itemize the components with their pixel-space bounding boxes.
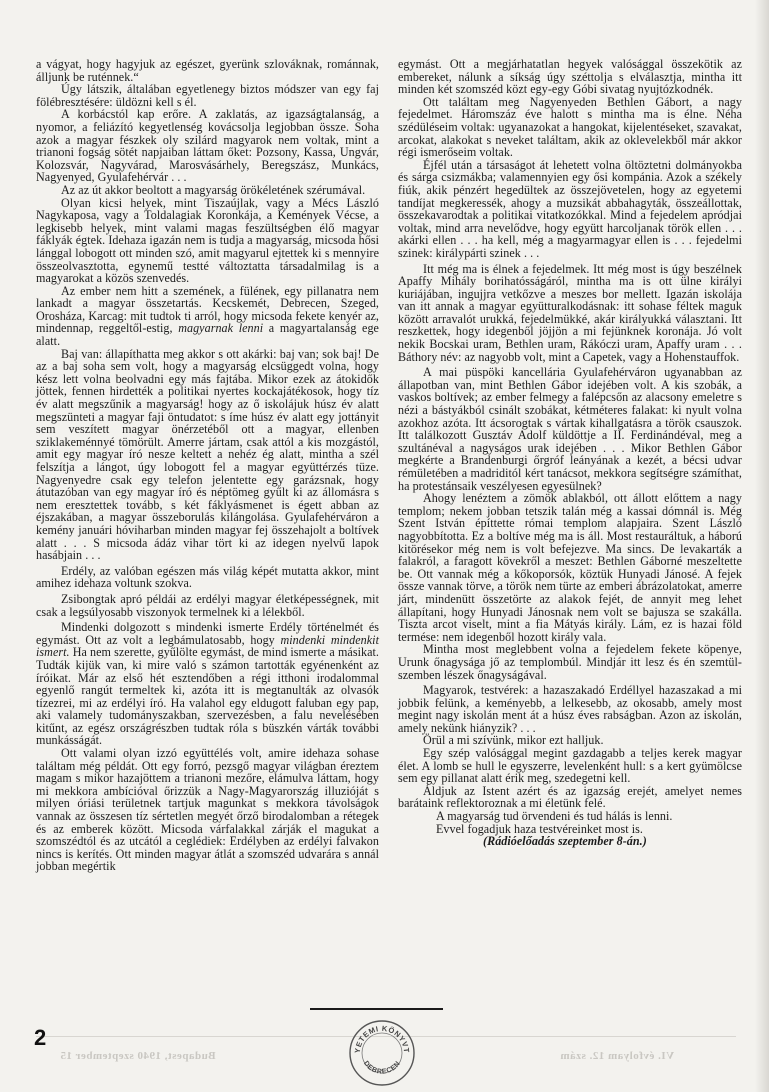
left-column: a vágyat, hogy hagyjuk az egészet, gyerü… [36, 58, 379, 873]
text-run: Ha nem szerette, gyűlölte egymást, de mi… [36, 645, 379, 747]
paragraph: egymást. Ott a megjárhatatlan hegyek val… [398, 58, 742, 96]
paragraph: Magyarok, testvérek: a hazaszakadó Erdél… [398, 684, 742, 734]
paragraph: Egy szép valósággal megint gazdagabb a t… [398, 747, 742, 785]
right-column: egymást. Ott a megjárhatatlan hegyek val… [398, 58, 742, 848]
page-edge-shadow [755, 0, 769, 1092]
paragraph: Ott találtam meg Nagyenyeden Bethlen Gáb… [398, 96, 742, 159]
paragraph-with-italic: Az ember nem hitt a szemének, a fülének,… [36, 285, 379, 348]
paragraph: Baj van: állapíthatta meg akkor s ott ak… [36, 348, 379, 562]
paragraph: Éjfél után a társaságot át lehetett voln… [398, 159, 742, 260]
paragraph: A korbácstól kap erőre. A zaklatás, az i… [36, 108, 379, 184]
page-number: 2 [34, 1025, 46, 1051]
paragraph: Úgy látszik, általában egyetlenegy bizto… [36, 83, 379, 108]
italic-emphasis: magyarnak lenni [178, 321, 263, 335]
paragraph: Áldjuk az Istent azért és az igazság ere… [398, 785, 742, 810]
paragraph: Ott valami olyan izzó együttélés volt, a… [36, 747, 379, 873]
library-stamp-icon: EGYETEMI KÖNYVTÁR DEBRECEN [346, 1017, 418, 1089]
paragraph: Az az út akkor beoltott a magyarság örök… [36, 184, 379, 197]
paragraph: a vágyat, hogy hagyjuk az egészet, gyerü… [36, 58, 379, 83]
paragraph: Itt még ma is élnek a fejedelmek. Itt mé… [398, 263, 742, 364]
source-note: (Rádióelőadás szeptember 8-án.) [398, 835, 742, 848]
paragraph: A mai püspöki kancellária Gyulafehérváro… [398, 366, 742, 492]
paragraph: Erdély, az valóban egészen más világ kép… [36, 565, 379, 590]
bleed-through-text: Budapest, 1940 szeptember 15 [60, 1050, 216, 1062]
paragraph: Olyan kicsi helyek, mint Tiszaújlak, vag… [36, 197, 379, 285]
paragraph: Mintha most meglebbent volna a fejedelem… [398, 643, 742, 681]
bleed-through-text: VI. évfolyam 12. szám [560, 1050, 674, 1062]
end-rule [310, 1008, 443, 1010]
paragraph-with-italic: Mindenki dolgozott s mindenki ismerte Er… [36, 621, 379, 747]
magazine-page: a vágyat, hogy hagyjuk az egészet, gyerü… [0, 0, 769, 1092]
paragraph: Zsibongtak apró példái az erdélyi magyar… [36, 593, 379, 618]
svg-text:DEBRECEN: DEBRECEN [362, 1060, 402, 1076]
paragraph: Ahogy lenéztem a zömök ablakból, ott áll… [398, 492, 742, 643]
closing-line: A magyarság tud örvendeni és tud hálás i… [398, 810, 742, 823]
